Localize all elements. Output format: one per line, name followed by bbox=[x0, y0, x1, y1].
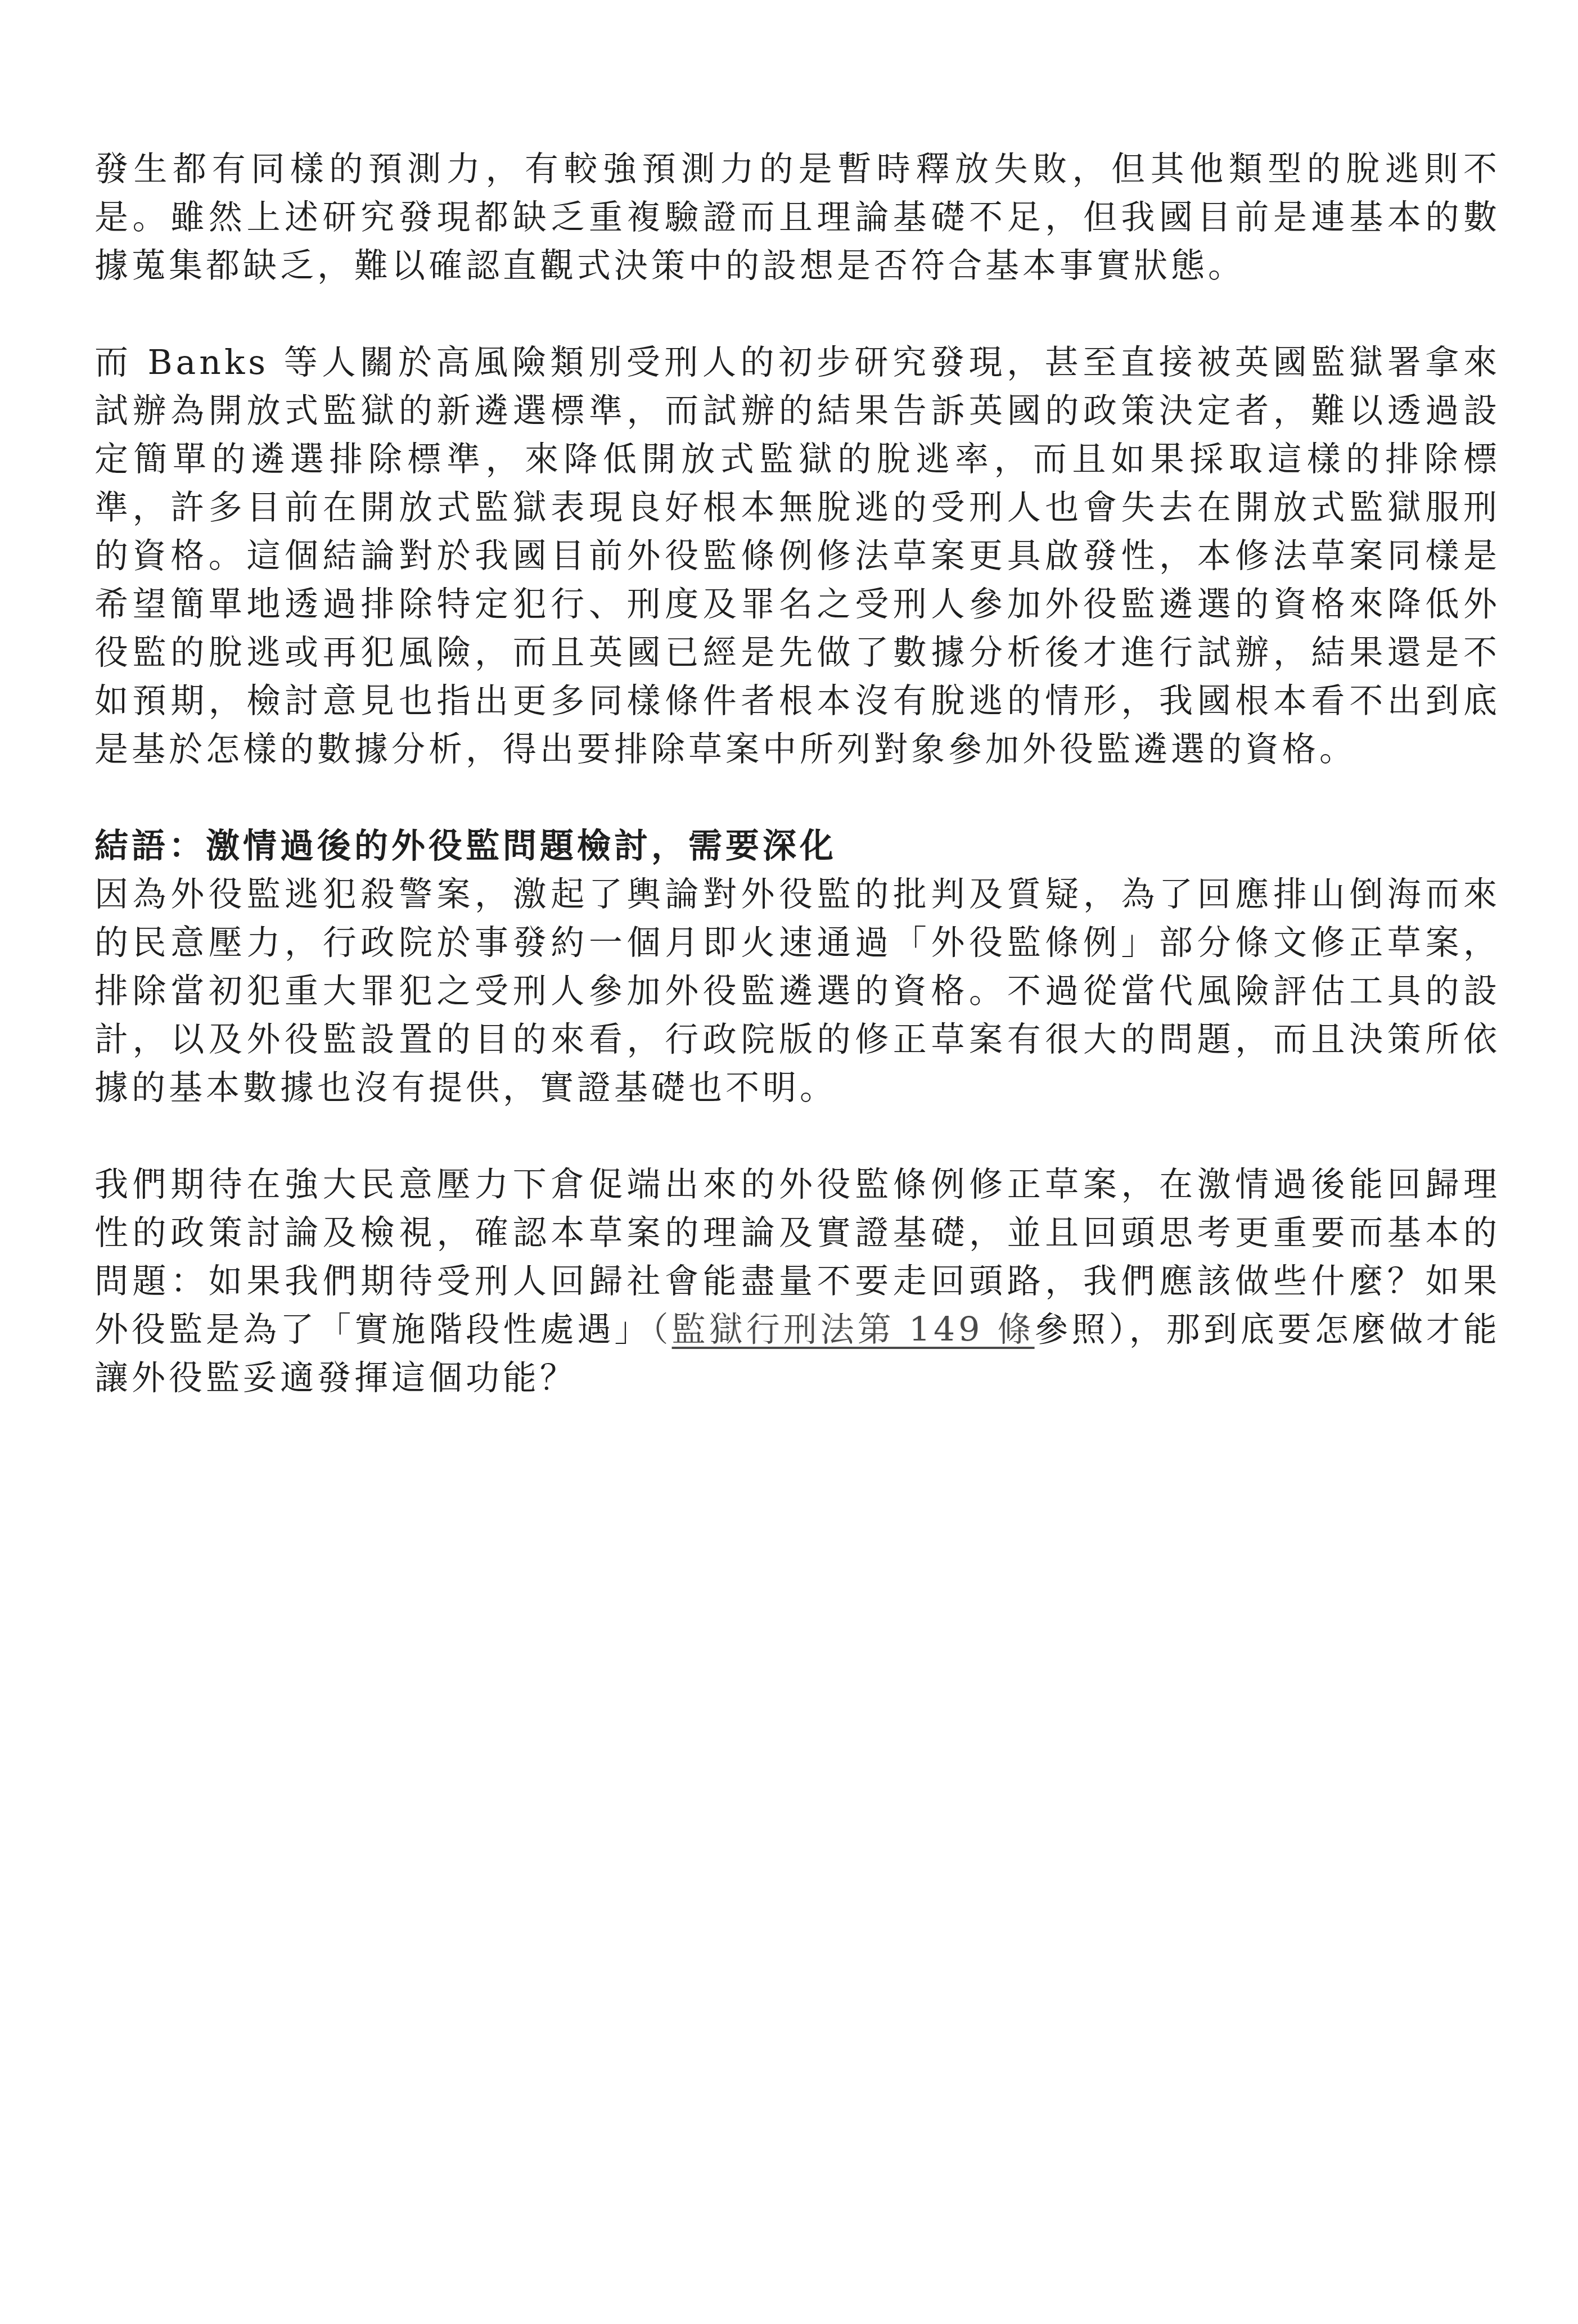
conclusion-heading: 結語：激情過後的外役監問題檢討，需要深化 bbox=[94, 822, 1500, 870]
paragraph-final: 我們期待在強大民意壓力下倉促端出來的外役監條例修正草案，在激情過後能回歸理性的政… bbox=[94, 1161, 1500, 1402]
paren-open: （ bbox=[652, 1310, 672, 1350]
document-page: 發生都有同樣的預測力，有較強預測力的是暫時釋放失敗，但其他類型的脫逃則不是。雖然… bbox=[94, 145, 1500, 1402]
prison-act-article-149-link[interactable]: 監獄行刑法第 149 條 bbox=[672, 1310, 1035, 1350]
paragraph-research-findings: 發生都有同樣的預測力，有較強預測力的是暫時釋放失敗，但其他類型的脫逃則不是。雖然… bbox=[94, 145, 1500, 290]
paragraph-banks-study: 而 Banks 等人關於高風險類別受刑人的初步研究發現，甚至直接被英國監獄署拿來… bbox=[94, 339, 1500, 774]
paragraph-conclusion: 因為外役監逃犯殺警案，激起了輿論對外役監的批判及質疑，為了回應排山倒海而來的民意… bbox=[94, 870, 1500, 1112]
reference-suffix: 參照） bbox=[1035, 1310, 1129, 1350]
